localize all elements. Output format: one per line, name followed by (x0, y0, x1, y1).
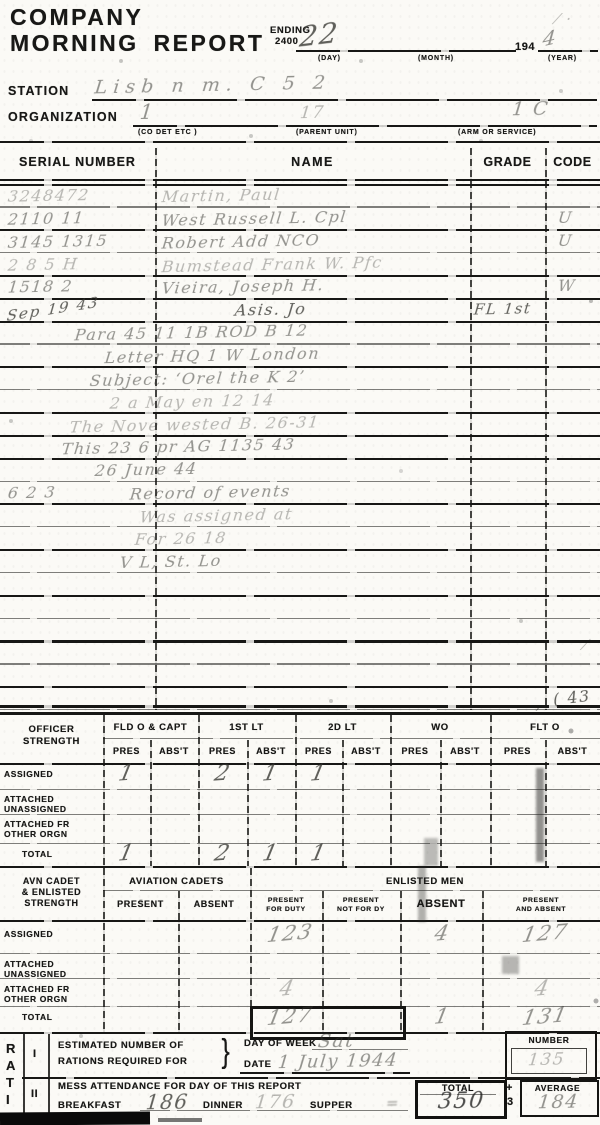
officer-group-1stlt: 1ST LT (198, 722, 295, 733)
officer-row-label: ATTACHED (4, 794, 54, 804)
enlisted-row-label: ASSIGNED (4, 929, 53, 939)
officer-group-divider (198, 715, 200, 866)
enlisted-subhead: ABSENT (178, 899, 250, 909)
roster-row-rule (0, 481, 600, 482)
enlisted-title1: AVN CADET (0, 876, 103, 886)
year-handwritten: 4 (542, 25, 559, 52)
roster-cell-name: This 23 6 pr AG 1135 43 (61, 435, 297, 459)
officer-group-divider (295, 715, 297, 866)
officer-group-2dlt: 2D LT (295, 722, 390, 733)
roster-cell-name: For 26 18 (134, 528, 228, 549)
rations-row2-num: II (31, 1088, 38, 1100)
officer-sub-divider (150, 740, 152, 866)
enlisted-group-divider (250, 868, 252, 1033)
year-label: (YEAR) (548, 55, 577, 62)
rations-mid-rule (22, 1077, 600, 1079)
rations-est-label1: ESTIMATED NUMBER OF (58, 1040, 184, 1051)
organization-label: ORGANIZATION (8, 110, 118, 124)
officer-value: 1 (260, 840, 281, 866)
enlisted-value: 4 (432, 920, 452, 945)
roster-cell-serial: 6 2 3 (7, 483, 57, 503)
roster-cell-serial: 3248472 (7, 185, 91, 206)
enlisted-value: 127 (520, 919, 570, 947)
enlisted-row-label: TOTAL (22, 1012, 53, 1022)
roster-row-rule (0, 640, 600, 642)
roster-row-rule (0, 435, 600, 437)
enlisted-row-label: UNASSIGNED (4, 969, 67, 979)
enlisted-subhead: FOR DUTY (250, 906, 322, 913)
enlisted-subhead: PRESENT (322, 897, 400, 904)
roster-row-rule (0, 458, 600, 460)
officer-sub-divider (247, 740, 249, 866)
roster-cell-name: Martin, Paul (161, 185, 282, 206)
enlisted-subhead: ABSENT (400, 898, 482, 910)
total-value-handwritten: 350 (437, 1089, 486, 1115)
group-aviation-cadets: AVIATION CADETS (103, 876, 250, 887)
rations-side-letter: R (6, 1040, 20, 1057)
ink-smudge-wo (424, 838, 438, 866)
org-co-sublabel: (CO DET ETC ) (138, 129, 197, 136)
date-rule (240, 1072, 410, 1074)
organization-arm-handwritten: 1 C (511, 98, 550, 121)
officer-strength-title1: OFFICER (0, 724, 103, 735)
ending-2400-label: 2400 (275, 36, 299, 47)
year-rule (538, 50, 598, 52)
roster-header-name: NAME (155, 155, 470, 169)
enlisted-sub-divider (400, 891, 402, 1033)
officer-subhead-abst: ABS'T (247, 746, 295, 756)
officer-row-rule2 (0, 814, 600, 815)
enlisted-row-label: ATTACHED (4, 959, 54, 969)
roster-cell-name: West Russell L. Cpl (161, 207, 348, 230)
enlisted-row-rule1 (0, 953, 600, 954)
officer-group-divider (390, 715, 392, 866)
officer-subhead-pres: PRES (390, 746, 440, 756)
scan-artifact-dash (158, 1118, 202, 1122)
rations-brace: } (221, 1032, 230, 1070)
date-label: DATE (244, 1059, 272, 1070)
rations-est-label2: RATIONS REQUIRED FOR (58, 1056, 188, 1067)
roster-cell-code: U (557, 208, 574, 227)
enlisted-title2: & ENLISTED (0, 887, 103, 897)
officer-group-fldo: FLD O & CAPT (103, 722, 198, 733)
stray-pencil-mark: ⁄ · (555, 10, 573, 28)
form-title-line1: COMPANY (10, 4, 143, 31)
roster-header-rule-a (0, 179, 600, 181)
officer-subhead-abst: ABS'T (150, 746, 198, 756)
roster-row-rule (0, 663, 600, 664)
roster-cell-name: Robert Add NCO (161, 230, 321, 252)
officer-bottom-rule (0, 866, 600, 868)
day-of-week-label: DAY OF WEEK (244, 1038, 317, 1049)
roster-row-rule (0, 503, 600, 505)
officer-row-label: UNASSIGNED (4, 804, 67, 814)
roster-cell-code: U (557, 231, 574, 250)
org-parent-sublabel: (PARENT UNIT) (296, 129, 358, 136)
average-value-handwritten: 184 (537, 1091, 580, 1114)
enlisted-subhead: AND ABSENT (482, 906, 600, 913)
roster-cell-name: The Nove wested B. 26-31 (69, 412, 321, 436)
enlisted-row-rule2 (0, 978, 600, 979)
roster-cell-name: Bumstead Frank W. Pfc (161, 252, 384, 276)
number-value-handwritten: 135 (527, 1050, 566, 1071)
officer-row-label: ATTACHED FR (4, 819, 70, 829)
date-value-handwritten: 1 July 1944 (277, 1050, 399, 1074)
rations-side-letters: RATI (6, 1040, 20, 1108)
officer-value: 2 (212, 840, 233, 866)
roster-header-code: CODE (545, 155, 600, 169)
enlisted-row-label: ATTACHED FR (4, 984, 70, 994)
ink-smudge-absent-header (418, 866, 426, 922)
roster-cell-name: Record of events (129, 481, 292, 503)
divide-three: 3 (507, 1096, 514, 1108)
roster-cell-code: W (557, 276, 577, 295)
officer-subhead-pres: PRES (295, 746, 342, 756)
roster-cell-grade: FL 1st (473, 300, 532, 319)
officer-subhead-pres: PRES (490, 746, 545, 756)
ink-smudge-attached-row (502, 956, 519, 974)
day-label: (DAY) (318, 55, 341, 62)
enlisted-subhead: PRESENT (103, 899, 178, 909)
officer-row-label: ASSIGNED (4, 769, 53, 779)
organization-co-handwritten: 1 (139, 100, 156, 124)
rations-side-letter: T (6, 1074, 20, 1091)
enlisted-title3: STRENGTH (0, 898, 103, 908)
officer-group-underrule (103, 738, 600, 739)
officer-subhead-pres: PRES (198, 746, 247, 756)
roster-cell-name: Para 45 11 1B ROD B 12 (74, 321, 310, 345)
officer-subhead-abst: ABS'T (440, 746, 490, 756)
rations-row1-num: I (33, 1048, 37, 1060)
mess-rule (140, 1110, 408, 1111)
officer-strength-title2: STRENGTH (0, 736, 103, 747)
enlisted-value: 131 (520, 1002, 570, 1030)
roster-cell-name: Letter HQ 1 W London (104, 344, 321, 367)
roster-cell-name: 2 a May en 12 14 (109, 390, 276, 412)
enlisted-sub-divider (178, 891, 180, 1033)
roster-top-rule (0, 141, 600, 143)
officer-top-rule-a (0, 705, 600, 708)
organization-parent-handwritten: 17 (299, 103, 326, 124)
officer-subhead-abst: ABS'T (342, 746, 390, 756)
enlisted-subhead: PRESENT (482, 897, 600, 904)
roster-row-rule (0, 709, 600, 710)
officer-top-rule-b (0, 712, 600, 715)
rations-divider1 (23, 1034, 25, 1118)
roster-row-rule (0, 389, 600, 390)
margin-tick-mark: ⁄ (583, 636, 589, 654)
enlisted-subhead: PRESENT (250, 897, 322, 904)
roster-header-serial: SERIAL NUMBER (0, 155, 155, 169)
roster-divider-name-grade (470, 148, 472, 710)
officer-row-rule1 (0, 789, 600, 790)
roster-cell-serial: 2 8 5 H (7, 254, 79, 274)
divide-plus: + (506, 1082, 513, 1094)
breakfast-label: BREAKFAST (58, 1100, 121, 1111)
org-arm-sublabel: (ARM OR SERVICE) (458, 129, 536, 136)
officer-group-divider (103, 715, 105, 866)
officer-subhead-pres: PRES (103, 746, 150, 756)
scan-artifact-bar (0, 1111, 150, 1125)
roster-cell-serial: 3145 1315 (7, 231, 109, 252)
officer-subhead-abst: ABS'T (545, 746, 600, 756)
officer-row-rule3 (0, 843, 600, 844)
officer-sub-divider (440, 740, 442, 866)
roster-cell-name: V L, St. Lo (119, 551, 223, 572)
day-month-rule (296, 50, 516, 52)
roster-cell-name: Vieira, Joseph H. (161, 276, 326, 298)
month-label: (MONTH) (418, 55, 454, 62)
officer-group-flto: FLT O (490, 722, 600, 733)
roster-row-rule (0, 549, 600, 551)
enlisted-row-label: OTHER ORGN (4, 994, 68, 1004)
rations-side-letter: A (6, 1057, 20, 1074)
officer-group-wo: WO (390, 722, 490, 733)
roster-row-rule (0, 572, 600, 573)
roster-row-rule (0, 595, 600, 597)
officer-sub-divider (545, 740, 547, 866)
enlisted-group-divider (103, 868, 105, 1033)
morning-report-form: COMPANY MORNING REPORT ENDING 2400 22 (D… (0, 0, 600, 1125)
paper-noise-speckles (0, 0, 2, 2)
enlisted-value: 127 (265, 1002, 315, 1030)
ink-smudge-flto (536, 768, 544, 862)
roster-cell-serial: 2110 11 (7, 208, 86, 229)
form-title-line2: MORNING REPORT (10, 30, 264, 57)
officer-group-divider (490, 715, 492, 866)
officer-row-label: OTHER ORGN (4, 829, 68, 839)
officer-value: 1 (116, 840, 137, 866)
station-label: STATION (8, 84, 69, 98)
roster-divider-grade-code (545, 148, 547, 710)
station-value-handwritten: Lisb n m. C 5 2 (94, 72, 333, 99)
roster-header-grade: GRADE (470, 155, 545, 169)
rations-side-letter: I (6, 1091, 20, 1108)
enlisted-value: 123 (265, 919, 315, 947)
roster-cell-name: Was assigned at (139, 504, 294, 526)
officer-row-label: TOTAL (22, 849, 53, 859)
roster-cell-name: 26 June 44 (94, 459, 199, 480)
roster-row-rule (0, 526, 600, 527)
roster-cell-name: Subject: ‘Orel the K 2’ (89, 367, 307, 391)
number-label: NUMBER (505, 1035, 593, 1045)
roster-cell-serial: 1518 2 (7, 277, 74, 297)
roster-row-rule (0, 252, 600, 253)
rations-divider2 (48, 1034, 50, 1118)
officer-subhead-rule (0, 763, 600, 765)
roster-cell-name: Asis. Jo (234, 300, 307, 320)
year-prefix: 194 (515, 41, 535, 53)
ending-day-handwritten: 22 (298, 16, 340, 53)
organization-rule (133, 125, 597, 127)
officer-value: 1 (308, 840, 329, 866)
roster-row-rule (0, 618, 600, 619)
roster-row-rule (0, 686, 600, 688)
enlisted-subhead: NOT FOR DY (322, 906, 400, 913)
officer-sub-divider (342, 740, 344, 866)
